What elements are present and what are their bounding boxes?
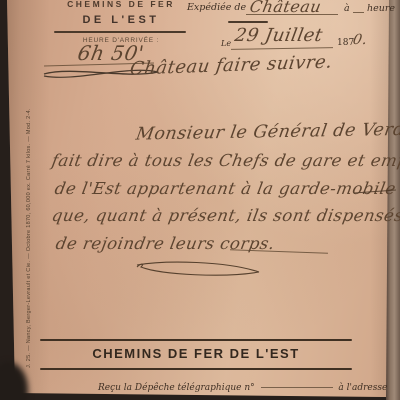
footer-rule-bottom (40, 368, 352, 370)
year-written: 0. (353, 32, 367, 48)
receipt-suffix: à l'adresse (338, 383, 387, 393)
date-prefix: Le (221, 39, 231, 48)
sent-from-line (246, 14, 338, 15)
footer-title: CHEMINS DE FER DE L'EST (40, 346, 352, 361)
message-line-3: de l'Est appartenant à la garde-mobile (55, 179, 396, 198)
message-line-2: fait dire à tous les Chefs de gare et em… (52, 151, 400, 170)
printer-imprint: J. 25. — Nancy, Berger-Levrault et Cie. … (26, 66, 38, 368)
closing-flourish (131, 256, 265, 282)
receipt-prefix: Reçu la Dépêche télégraphique n° (98, 383, 255, 393)
sent-from-label: Expédiée de (187, 2, 246, 13)
message-line-4: que, quant à présent, ils sont dispensés (52, 206, 400, 225)
date-written: 29 Juillet (235, 25, 323, 46)
at-blank-line (353, 12, 364, 13)
company-name-line2: DE L'EST (56, 14, 186, 26)
at-label: à (344, 3, 350, 14)
receipt-line: Reçu la Dépêche télégraphique n° à l'adr… (98, 383, 387, 393)
hour-label: heure (367, 3, 395, 14)
dispatch-divider-rule (228, 21, 268, 23)
masthead-rule (54, 31, 186, 33)
document-photo: J. 25. — Nancy, Berger-Levrault et Cie. … (0, 0, 400, 400)
company-name-line1: CHEMINS DE FER (56, 0, 186, 9)
receipt-number-blank (261, 386, 333, 388)
footer-rule-top (40, 339, 352, 341)
